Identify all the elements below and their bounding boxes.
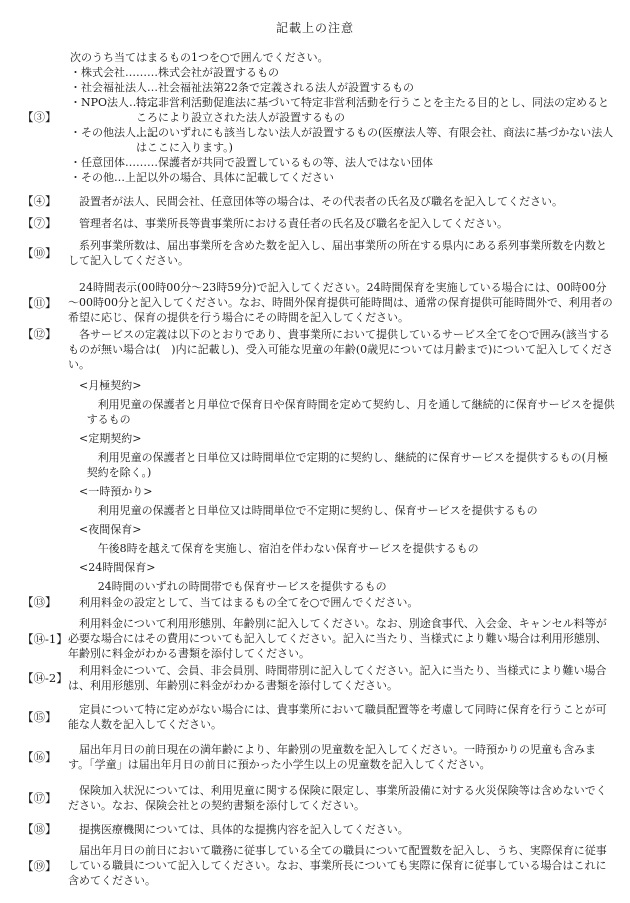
section-text: 系列事業所数は、届出事業所を含めた数を記入し、届出事業所の所在する県内にある系列…: [68, 238, 616, 268]
list-item: ・その他法人……上記のいずれにも該当しない法人が設置するもの(医療法人等、有限会…: [70, 125, 618, 155]
list-item: ・株式会社………株式会社が設置するもの: [70, 65, 618, 80]
page-title: 記載上の注意: [0, 21, 630, 36]
section-label: 【⑫】: [22, 327, 74, 342]
service-heading-night: <夜間保育>: [68, 522, 616, 537]
section-text: 設置者が法人、民間会社、任意団体等の場合は、その代表者の氏名及び職名を記入してく…: [68, 194, 616, 209]
section-label: 【⑪】: [22, 296, 74, 311]
section-text: 利用料金について利用形態別、年齢別に記入してください。なお、別途食事代、入会金、…: [68, 616, 616, 661]
section-text: 利用料金の設定として、当てはまるもの全てを○で囲んでください。: [68, 595, 616, 610]
service-desc-night: 午後8時を越えて保育を実施し、宿泊を伴わない保育サービスを提供するもの: [68, 541, 616, 556]
section-label: 【⑲】: [22, 859, 74, 874]
section-text: 24時間表示(00時00分～23時59分)で記入してください。24時間保育を実施…: [68, 280, 616, 325]
section-text: 管理者名は、事業所長等貴事業所における責任者の氏名及び職名を記入してください。: [68, 216, 616, 231]
service-desc-monthly: 利用児童の保護者と月単位で保育日や保育時間を定めて契約し、月を通して継続的に保育…: [68, 397, 616, 427]
section-label: 【④】: [22, 194, 74, 209]
section-label: 【⑩】: [22, 246, 74, 261]
section-label: 【⑭-2】: [22, 671, 74, 686]
service-heading-regular: <定期契約>: [68, 431, 616, 446]
section-label: 【③】: [22, 110, 74, 125]
section-label: 【⑱】: [22, 822, 74, 837]
section-label: 【⑰】: [22, 791, 74, 806]
section-label: 【⑯】: [22, 750, 74, 765]
section-text: 定員について特に定めがない場合には、貴事業所において職員配置等を考慮して同時に保…: [68, 702, 616, 732]
section-text: 届出年月日の前日において職務に従事している全ての職員について配置数を記入し、うち…: [68, 843, 616, 888]
section-text: 各サービスの定義は以下のとおりであり、貴事業所において提供しているサービス全てを…: [68, 327, 616, 372]
section-text: 届出年月日の前日現在の満年齢により、年齢別の児童数を記入してください。一時預かり…: [68, 742, 616, 772]
service-heading-temporary: <一時預かり>: [68, 484, 616, 499]
service-desc-regular: 利用児童の保護者と日単位又は時間単位で定期的に契約し、継続的に保育サービスを提供…: [68, 450, 616, 480]
section-intro: 次のうち当てはまるもの1つを○で囲んでください。: [70, 50, 618, 65]
section-label: 【⑬】: [22, 595, 74, 610]
section-text: 利用料金について、会員、非会員別、時間帯別に記入してください。記入に当たり、当様…: [68, 663, 616, 693]
list-item: ・任意団体………保護者が共同で設置しているもの等、法人ではない団体: [70, 155, 618, 170]
service-heading-24h: <24時間保育>: [68, 560, 616, 575]
list-item: ・NPO法人………特定非営利活動促進法に基づいて特定非営利活動を行うことを主たる…: [70, 95, 618, 125]
service-heading-monthly: <月極契約>: [68, 378, 616, 393]
section-text: 提携医療機関については、具体的な提携内容を記入してください。: [68, 822, 616, 837]
section-text: 保険加入状況については、利用児童に関する保険に限定し、事業所設備に対する火災保険…: [68, 783, 616, 813]
service-desc-temporary: 利用児童の保護者と日単位又は時間単位で不定期に契約し、保育サービスを提供するもの: [68, 503, 616, 518]
list-item: ・社会福祉法人…社会福祉法第22条で定義される法人が設置するもの: [70, 80, 618, 95]
section-label: 【⑭-1】: [22, 632, 74, 647]
section-label: 【⑮】: [22, 710, 74, 725]
list-item: ・その他…上記以外の場合、具体に記載してください: [70, 170, 618, 185]
service-desc-24h: 24時間のいずれの時間帯でも保育サービスを提供するもの: [68, 579, 616, 594]
section-label: 【⑦】: [22, 216, 74, 231]
